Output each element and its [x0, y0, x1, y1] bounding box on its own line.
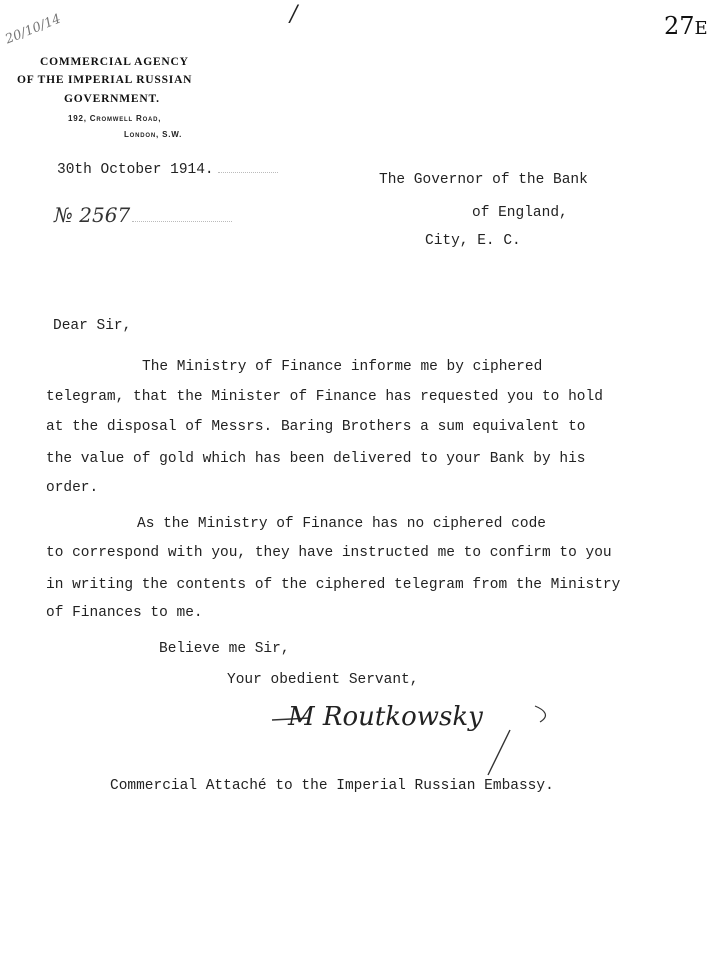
closing-line-2: Your obedient Servant,	[227, 672, 418, 688]
recipient-line-2: of England,	[472, 205, 568, 221]
letterhead-line-1: COMMERCIAL AGENCY	[40, 56, 189, 68]
folio-digits: 27	[664, 12, 695, 40]
body-line: The Ministry of Finance informe me by ci…	[142, 359, 542, 375]
recipient-line-3: City, E. C.	[425, 233, 521, 249]
body-line: the value of gold which has been deliver…	[46, 451, 586, 467]
letterhead-address-1: 192, Cromwell Road,	[68, 114, 161, 123]
letterhead-line-2: OF THE IMPERIAL RUSSIAN	[17, 74, 192, 86]
signature-text: M Routkowsky	[288, 702, 483, 732]
body-line: at the disposal of Messrs. Baring Brothe…	[46, 419, 586, 435]
body-line: order.	[46, 480, 98, 496]
body-line: to correspond with you, they have instru…	[46, 545, 612, 561]
body-line: in writing the contents of the ciphered …	[46, 577, 620, 593]
letterhead-address-2: London, S.W.	[124, 130, 182, 139]
folio-number: 27E	[664, 12, 708, 40]
body-line: telegram, that the Minister of Finance h…	[46, 389, 603, 405]
pencil-mark: /	[290, 2, 297, 27]
pencil-date-annotation: 20/10/14	[3, 12, 63, 48]
recipient-line-1: The Governor of the Bank	[379, 172, 588, 188]
date-text: 30th October 1914.	[57, 162, 214, 178]
salutation: Dear Sir,	[53, 318, 131, 334]
letter-date: 30th October 1914.	[57, 162, 278, 178]
reference-number: № 2567	[54, 203, 232, 227]
reference-text: № 2567	[54, 203, 130, 227]
body-line: As the Ministry of Finance has no cipher…	[137, 516, 546, 532]
letterhead-line-3: GOVERNMENT.	[64, 93, 160, 105]
closing-line-1: Believe me Sir,	[159, 641, 290, 657]
folio-suffix: E	[695, 18, 708, 39]
body-line: of Finances to me.	[46, 605, 203, 621]
signature-title: Commercial Attaché to the Imperial Russi…	[110, 778, 554, 794]
